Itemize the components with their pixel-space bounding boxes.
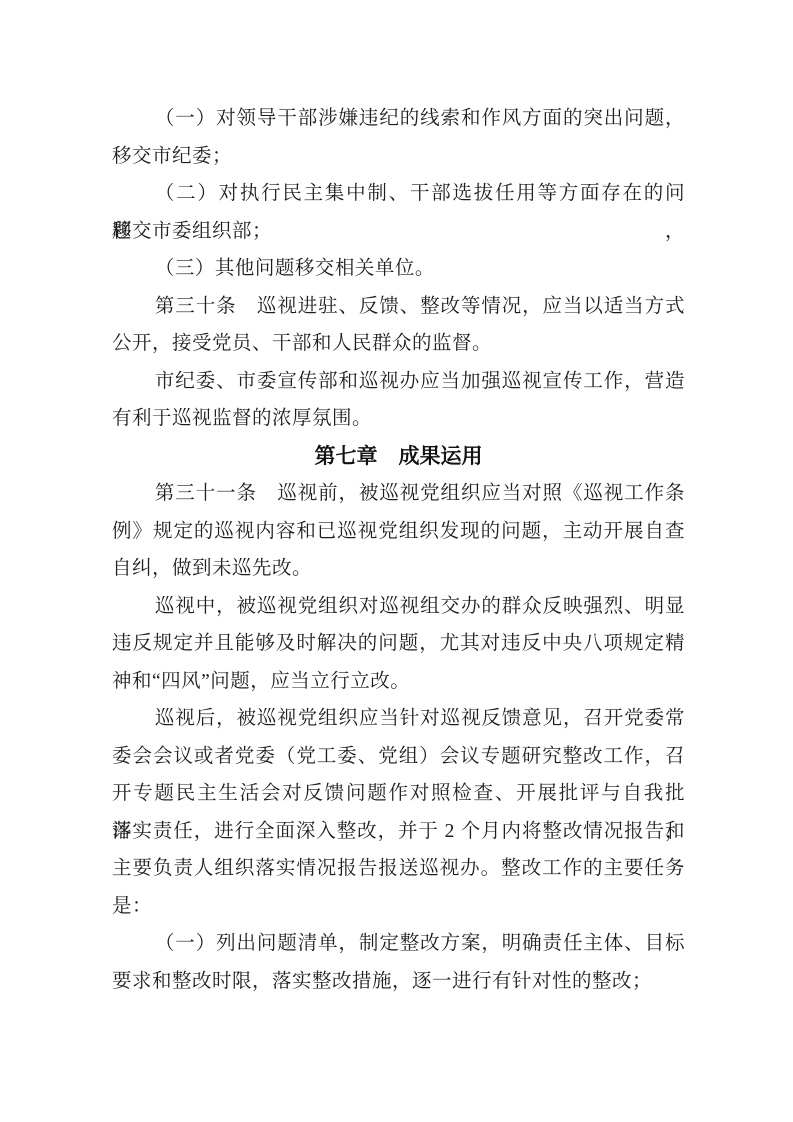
- document-page: （一）对领导干部涉嫌违纪的线索和作风方面的突出问题，移交市纪委；（二）对执行民主…: [0, 0, 793, 1122]
- text-line: 委会会议或者党委（党工委、党组）会议专题研究整改工作，召: [112, 738, 685, 776]
- text-line: 巡视中，被巡视党组织对巡视组交办的群众反映强烈、明显: [112, 588, 685, 626]
- text-line: 市纪委、市委宣传部和巡视办应当加强巡视宣传工作，营造: [112, 363, 685, 401]
- document-body: （一）对领导干部涉嫌违纪的线索和作风方面的突出问题，移交市纪委；（二）对执行民主…: [112, 100, 685, 1000]
- text-line: 违反规定并且能够及时解决的问题，尤其对违反中央八项规定精: [112, 625, 685, 663]
- text-line: 落实责任，进行全面深入整改，并于 2 个月内将整改情况报告和: [112, 813, 685, 851]
- chapter-heading: 第七章 成果运用: [112, 438, 685, 476]
- text-line: 第三十一条 巡视前，被巡视党组织应当对照《巡视工作条: [112, 475, 685, 513]
- text-line: 移交市纪委；: [112, 138, 685, 176]
- text-line: 是：: [112, 888, 685, 926]
- text-line: 有利于巡视监督的浓厚氛围。: [112, 400, 685, 438]
- text-line: 公开，接受党员、干部和人民群众的监督。: [112, 325, 685, 363]
- text-line: 巡视后，被巡视党组织应当针对巡视反馈意见，召开党委常: [112, 700, 685, 738]
- text-line: 例》规定的巡视内容和已巡视党组织发现的问题，主动开展自查: [112, 513, 685, 551]
- text-line: 要求和整改时限，落实整改措施，逐一进行有针对性的整改；: [112, 963, 685, 1001]
- text-line: （一）列出问题清单，制定整改方案，明确责任主体、目标: [112, 925, 685, 963]
- text-line: （三）其他问题移交相关单位。: [112, 250, 685, 288]
- text-line: （二）对执行民主集中制、干部选拔任用等方面存在的问题，: [112, 175, 685, 213]
- text-line: 自纠，做到未巡先改。: [112, 550, 685, 588]
- text-line: 开专题民主生活会对反馈问题作对照检查、开展批评与自我批评，: [112, 775, 685, 813]
- text-line: （一）对领导干部涉嫌违纪的线索和作风方面的突出问题，: [112, 100, 685, 138]
- text-line: 神和“四风”问题，应当立行立改。: [112, 663, 685, 701]
- text-line: 第三十条 巡视进驻、反馈、整改等情况，应当以适当方式: [112, 288, 685, 326]
- text-line: 主要负责人组织落实情况报告报送巡视办。整改工作的主要任务: [112, 850, 685, 888]
